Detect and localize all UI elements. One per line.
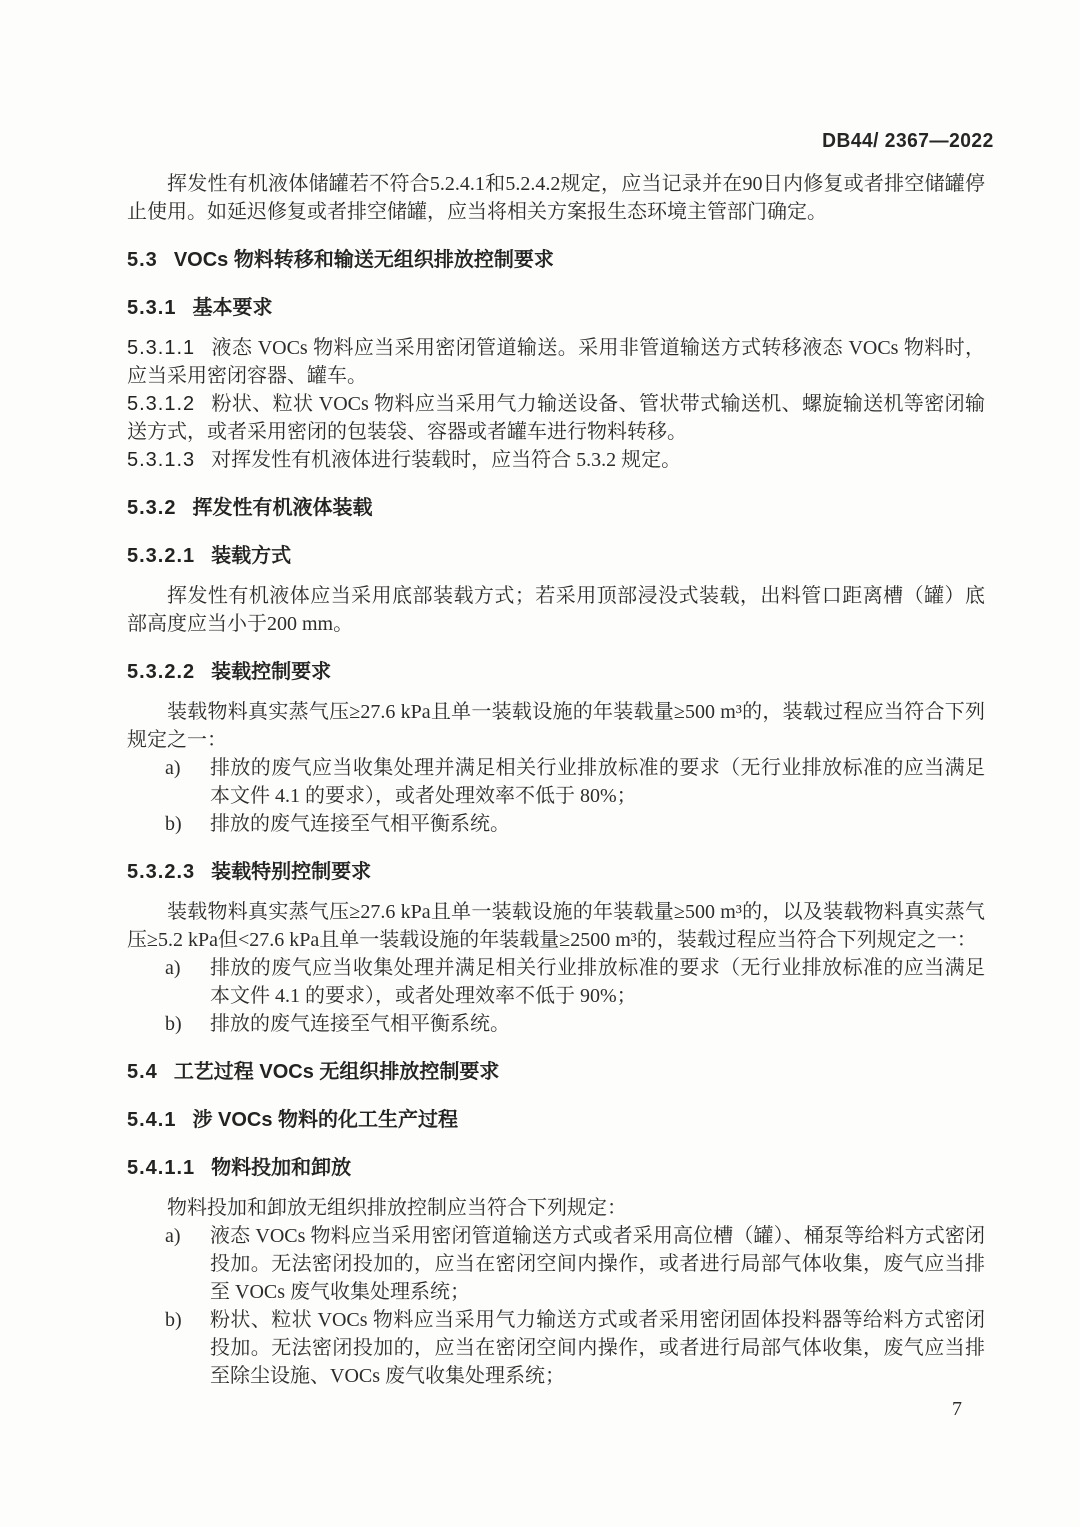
heading-title: 基本要求 bbox=[192, 297, 272, 319]
paragraph-5-3-2-2: 装载物料真实蒸气压≥27.6 kPa且单一装载设施的年装载量≥500 m³的，装… bbox=[127, 698, 985, 754]
section-heading-5-3-2-2: 5.3.2.2装载控制要求 bbox=[127, 658, 985, 686]
clause-number: 5.3.1.3 bbox=[127, 449, 195, 471]
section-heading-5-3-2-3: 5.3.2.3装载特别控制要求 bbox=[127, 858, 985, 886]
heading-title: 装载特别控制要求 bbox=[211, 861, 371, 883]
list-item-b: b) 粉状、粒状 VOCs 物料应当采用气力输送方式或者采用密闭固体投料器等给料… bbox=[127, 1306, 985, 1390]
list-item-text: 排放的废气应当收集处理并满足相关行业排放标准的要求（无行业排放标准的应当满足本文… bbox=[210, 754, 985, 810]
standard-number: DB44/ 2367—2022 bbox=[822, 130, 994, 153]
list-item-text: 排放的废气连接至气相平衡系统。 bbox=[210, 1010, 985, 1038]
section-heading-5-3-1: 5.3.1基本要求 bbox=[127, 294, 985, 322]
clause-number: 5.3.1.2 bbox=[127, 393, 195, 415]
list-item-label: a) bbox=[165, 954, 210, 1010]
clause-number: 5.3.1.1 bbox=[127, 337, 195, 359]
clause-5-3-1-1: 5.3.1.1液态 VOCs 物料应当采用密闭管道输送。采用非管道输送方式转移液… bbox=[127, 334, 985, 390]
clause-5-3-1-2: 5.3.1.2粉状、粒状 VOCs 物料应当采用气力输送设备、管状带式输送机、螺… bbox=[127, 390, 985, 446]
heading-number: 5.3.2.1 bbox=[127, 542, 195, 570]
heading-number: 5.3.2 bbox=[127, 494, 176, 522]
section-heading-5-4-1: 5.4.1涉 VOCs 物料的化工生产过程 bbox=[127, 1106, 985, 1134]
list-item-a: a) 液态 VOCs 物料应当采用密闭管道输送方式或者采用高位槽（罐）、桶泵等给… bbox=[127, 1222, 985, 1306]
clause-text: 粉状、粒状 VOCs 物料应当采用气力输送设备、管状带式输送机、螺旋输送机等密闭… bbox=[127, 393, 985, 443]
list-item-text: 液态 VOCs 物料应当采用密闭管道输送方式或者采用高位槽（罐）、桶泵等给料方式… bbox=[210, 1222, 985, 1306]
heading-title: 物料投加和卸放 bbox=[211, 1157, 351, 1179]
heading-number: 5.3.1 bbox=[127, 294, 176, 322]
clause-text: 液态 VOCs 物料应当采用密闭管道输送。采用非管道输送方式转移液态 VOCs … bbox=[127, 337, 985, 387]
section-heading-5-4: 5.4工艺过程 VOCs 无组织排放控制要求 bbox=[127, 1058, 985, 1086]
paragraph-5-4-1-1: 物料投加和卸放无组织排放控制应当符合下列规定： bbox=[127, 1194, 985, 1222]
list-item-a: a) 排放的废气应当收集处理并满足相关行业排放标准的要求（无行业排放标准的应当满… bbox=[127, 954, 985, 1010]
heading-number: 5.4.1.1 bbox=[127, 1154, 195, 1182]
intro-paragraph: 挥发性有机液体储罐若不符合5.2.4.1和5.2.4.2规定，应当记录并在90日… bbox=[127, 170, 985, 226]
clause-5-3-1-3: 5.3.1.3对挥发性有机液体进行装载时，应当符合 5.3.2 规定。 bbox=[127, 446, 985, 474]
list-item-b: b) 排放的废气连接至气相平衡系统。 bbox=[127, 1010, 985, 1038]
list-item-b: b) 排放的废气连接至气相平衡系统。 bbox=[127, 810, 985, 838]
section-heading-5-3: 5.3VOCs 物料转移和输送无组织排放控制要求 bbox=[127, 246, 985, 274]
heading-title: 挥发性有机液体装载 bbox=[192, 497, 372, 519]
paragraph-5-3-2-1: 挥发性有机液体应当采用底部装载方式；若采用顶部浸没式装载，出料管口距离槽（罐）底… bbox=[127, 582, 985, 638]
section-heading-5-3-2-1: 5.3.2.1装载方式 bbox=[127, 542, 985, 570]
heading-number: 5.3 bbox=[127, 246, 158, 274]
list-item-text: 排放的废气连接至气相平衡系统。 bbox=[210, 810, 985, 838]
list-item-a: a) 排放的废气应当收集处理并满足相关行业排放标准的要求（无行业排放标准的应当满… bbox=[127, 754, 985, 810]
heading-title: 装载控制要求 bbox=[211, 661, 331, 683]
heading-number: 5.4 bbox=[127, 1058, 158, 1086]
heading-title: VOCs 物料转移和输送无组织排放控制要求 bbox=[174, 249, 554, 271]
list-item-label: a) bbox=[165, 1222, 210, 1306]
heading-title: 装载方式 bbox=[211, 545, 291, 567]
heading-number: 5.4.1 bbox=[127, 1106, 176, 1134]
heading-title: 涉 VOCs 物料的化工生产过程 bbox=[192, 1109, 458, 1131]
list-item-label: a) bbox=[165, 754, 210, 810]
heading-number: 5.3.2.3 bbox=[127, 858, 195, 886]
list-item-label: b) bbox=[165, 1010, 210, 1038]
document-page: DB44/ 2367—2022 挥发性有机液体储罐若不符合5.2.4.1和5.2… bbox=[0, 0, 1080, 1527]
document-content: 挥发性有机液体储罐若不符合5.2.4.1和5.2.4.2规定，应当记录并在90日… bbox=[127, 170, 985, 1390]
list-item-label: b) bbox=[165, 810, 210, 838]
clause-text: 对挥发性有机液体进行装载时，应当符合 5.3.2 规定。 bbox=[211, 449, 681, 471]
section-heading-5-3-2: 5.3.2挥发性有机液体装载 bbox=[127, 494, 985, 522]
list-item-text: 粉状、粒状 VOCs 物料应当采用气力输送方式或者采用密闭固体投料器等给料方式密… bbox=[210, 1306, 985, 1390]
list-item-label: b) bbox=[165, 1306, 210, 1390]
list-item-text: 排放的废气应当收集处理并满足相关行业排放标准的要求（无行业排放标准的应当满足本文… bbox=[210, 954, 985, 1010]
heading-title: 工艺过程 VOCs 无组织排放控制要求 bbox=[174, 1061, 500, 1083]
section-heading-5-4-1-1: 5.4.1.1物料投加和卸放 bbox=[127, 1154, 985, 1182]
paragraph-5-3-2-3: 装载物料真实蒸气压≥27.6 kPa且单一装载设施的年装载量≥500 m³的，以… bbox=[127, 898, 985, 954]
page-number: 7 bbox=[952, 1398, 962, 1421]
heading-number: 5.3.2.2 bbox=[127, 658, 195, 686]
